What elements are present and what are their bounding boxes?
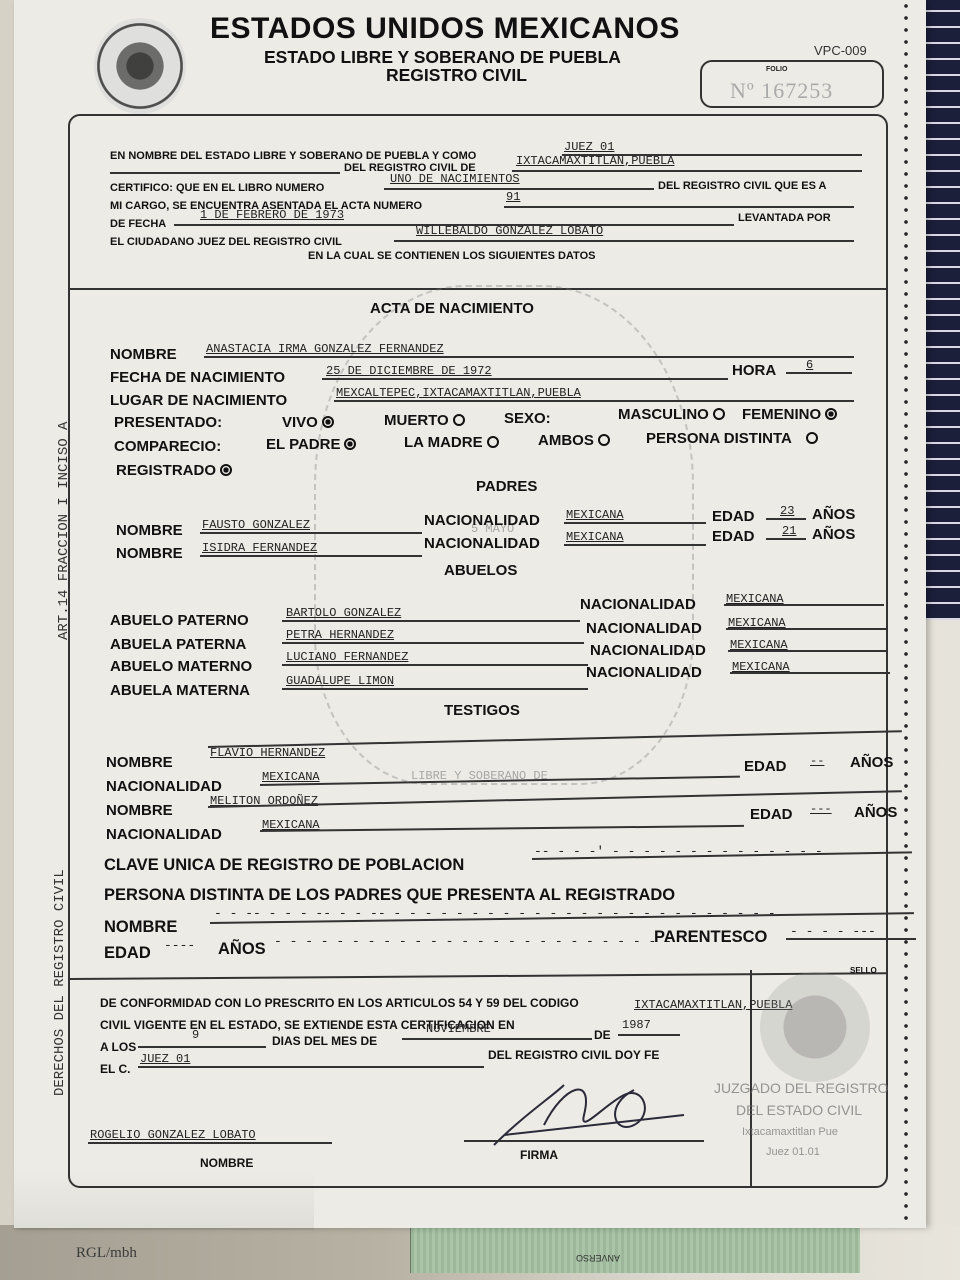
registrado-radio[interactable] bbox=[220, 464, 232, 476]
doyfe-label: DEL REGISTRO CIVIL DOY FE bbox=[488, 1048, 659, 1062]
elc-label: EL C. bbox=[100, 1062, 130, 1076]
abuela-paterna-nombre: PETRA HERNANDEZ bbox=[286, 628, 394, 642]
footer-line1: DE CONFORMIDAD CON LO PRESCRITO EN LOS A… bbox=[100, 996, 579, 1010]
nombre-label: NOMBRE bbox=[110, 346, 177, 363]
abuelo-paterno-nac-label: NACIONALIDAD bbox=[580, 596, 696, 613]
abuelo-paterno-nombre: BARTOLO GONZALEZ bbox=[286, 606, 401, 620]
footer-day: 9 bbox=[192, 1028, 199, 1042]
testigo1-nacionalidad-label: NACIONALIDAD bbox=[106, 778, 222, 795]
abuelo-materno-nac-label: NACIONALIDAD bbox=[590, 642, 706, 659]
madre-edad-label: EDAD bbox=[712, 528, 755, 545]
muerto-option[interactable]: MUERTO bbox=[384, 412, 465, 429]
sexo-label: SEXO: bbox=[504, 410, 551, 427]
vivo-radio[interactable] bbox=[322, 416, 334, 428]
cert-date-value: 1 DE FEBRERO DE 1973 bbox=[200, 208, 344, 222]
hora-label: HORA bbox=[732, 362, 776, 379]
muerto-radio[interactable] bbox=[453, 414, 465, 426]
de-label: DE bbox=[594, 1028, 611, 1042]
testigo1-nombre: FLAVIO HERNANDEZ bbox=[210, 746, 325, 760]
testigo2-nombre-label: NOMBRE bbox=[106, 802, 173, 819]
madre-label: LA MADRE bbox=[404, 434, 483, 451]
cert-judge-value: WILLEBALDO GONZALEZ LOBATO bbox=[416, 224, 603, 238]
registrado-option[interactable]: REGISTRADO bbox=[116, 462, 232, 479]
padre-option[interactable]: EL PADRE bbox=[266, 436, 356, 453]
elc-value: JUEZ 01 bbox=[140, 1052, 190, 1066]
muerto-label: MUERTO bbox=[384, 412, 449, 429]
persona-edad-label: EDAD bbox=[104, 944, 151, 963]
firma-caption: FIRMA bbox=[520, 1148, 558, 1162]
distinta-option[interactable]: PERSONA DISTINTA bbox=[646, 430, 818, 447]
testigo1-nombre-label: NOMBRE bbox=[106, 754, 173, 771]
folio-label: FOLIO bbox=[766, 66, 787, 73]
form-code: VPC-009 bbox=[814, 43, 867, 58]
birth-hour: 6 bbox=[806, 358, 813, 372]
abuelo-materno-nombre: LUCIANO FERNANDEZ bbox=[286, 650, 408, 664]
testigo2-edad-label: EDAD bbox=[750, 806, 793, 823]
dias-label: DIAS DEL MES DE bbox=[272, 1034, 377, 1048]
side-text-upper: ART.14 FRACCION I INCISO A bbox=[56, 422, 72, 640]
masculino-option[interactable]: MASCULINO bbox=[618, 406, 725, 423]
abuela-materna-nombre: GUADALUPE LIMON bbox=[286, 674, 394, 688]
country-title: ESTADOS UNIDOS MEXICANOS bbox=[210, 12, 680, 46]
initials-text: RGL/mbh bbox=[76, 1245, 137, 1262]
birth-certificate-sheet: ESTADOS UNIDOS MEXICANOS ESTADO LIBRE Y … bbox=[14, 0, 926, 1228]
femenino-label: FEMENINO bbox=[742, 406, 821, 423]
vivo-label: VIVO bbox=[282, 414, 318, 431]
folio-box: FOLIO Nº 167253 bbox=[700, 60, 884, 108]
ambos-radio[interactable] bbox=[598, 434, 610, 446]
footer-month: NOVIEMBRE bbox=[426, 1022, 491, 1036]
green-form-strip: ANVERSO bbox=[410, 1227, 860, 1273]
a-los-label: A LOS bbox=[100, 1040, 136, 1054]
office-title: REGISTRO CIVIL bbox=[386, 65, 527, 86]
sello-label: SELLO bbox=[850, 966, 877, 975]
abuela-paterna-nac-label: NACIONALIDAD bbox=[586, 620, 702, 637]
abuelos-title: ABUELOS bbox=[444, 562, 517, 579]
fecha-label: FECHA DE NACIMIENTO bbox=[110, 369, 285, 386]
testigo1-anos-label: AÑOS bbox=[850, 754, 893, 771]
padre-nombre: FAUSTO GONZALEZ bbox=[202, 518, 310, 532]
femenino-radio[interactable] bbox=[825, 408, 837, 420]
madre-nombre-label: NOMBRE bbox=[116, 545, 183, 562]
abuelo-paterno-label: ABUELO PATERNO bbox=[110, 612, 249, 629]
lugar-label: LUGAR DE NACIMIENTO bbox=[110, 392, 287, 409]
stamp-line3: Ixtacamaxtitlan Pue bbox=[742, 1126, 838, 1138]
birth-place: MEXCALTEPEC,IXTACAMAXTITLAN,PUEBLA bbox=[336, 386, 581, 400]
side-text-lower: DERECHOS DEL REGISTRO CIVIL bbox=[52, 869, 68, 1096]
padres-title: PADRES bbox=[476, 478, 537, 495]
cert-book-value: UNO DE NACIMIENTOS bbox=[390, 172, 520, 186]
cert-line6-label: EL CIUDADANO JUEZ DEL REGISTRO CIVIL bbox=[110, 236, 342, 248]
registrado-label: REGISTRADO bbox=[116, 462, 216, 479]
padre-label: EL PADRE bbox=[266, 436, 340, 453]
cert-acta-number: 91 bbox=[506, 190, 520, 204]
parentesco-label: PARENTESCO bbox=[654, 928, 767, 947]
madre-anos-label: AÑOS bbox=[812, 526, 855, 543]
abuela-paterna-label: ABUELA PATERNA bbox=[110, 636, 246, 653]
birth-date: 25 DE DICIEMBRE DE 1972 bbox=[326, 364, 492, 378]
persona-edad: ---- bbox=[164, 938, 195, 953]
acta-title: ACTA DE NACIMIENTO bbox=[370, 300, 534, 317]
nombre-caption: NOMBRE bbox=[200, 1156, 253, 1170]
cert-line5-suffix: LEVANTADA POR bbox=[738, 212, 831, 224]
coat-of-arms-seal-icon bbox=[94, 18, 186, 114]
parentesco-value: - - - - --- bbox=[790, 924, 876, 939]
persona-anos-label: AÑOS bbox=[218, 940, 266, 959]
folio-number: Nº 167253 bbox=[730, 78, 833, 104]
signer-name: ROGELIO GONZALEZ LOBATO bbox=[90, 1128, 256, 1142]
testigos-title: TESTIGOS bbox=[444, 702, 520, 719]
abuela-materna-nac-label: NACIONALIDAD bbox=[586, 664, 702, 681]
persona-anos-fill: - - - - - - - - - - - - - - - - - - - - … bbox=[274, 934, 672, 949]
padre-anos-label: AÑOS bbox=[812, 506, 855, 523]
official-seal-stamp-icon bbox=[760, 972, 870, 1082]
testigo1-nacionalidad: MEXICANA bbox=[262, 770, 320, 784]
distinta-label: PERSONA DISTINTA bbox=[646, 430, 792, 447]
stamp-line1: JUZGADO DEL REGISTRO bbox=[714, 1080, 889, 1096]
cert-municipality-value: IXTACAMAXTITLAN,PUEBLA bbox=[516, 154, 674, 168]
masculino-radio[interactable] bbox=[713, 408, 725, 420]
masculino-label: MASCULINO bbox=[618, 406, 709, 423]
padre-edad: 23 bbox=[780, 504, 794, 518]
footer-year: 1987 bbox=[622, 1018, 651, 1032]
hand-shadow bbox=[14, 1170, 314, 1230]
cert-line5-label: DE FECHA bbox=[110, 218, 166, 230]
cert-line3-label: CERTIFICO: QUE EN EL LIBRO NUMERO bbox=[110, 182, 324, 194]
cert-line3-suffix: DEL REGISTRO CIVIL QUE ES A bbox=[658, 180, 827, 192]
padre-radio[interactable] bbox=[344, 438, 356, 450]
testigo2-anos-label: AÑOS bbox=[854, 804, 897, 821]
stamp-line2: DEL ESTADO CIVIL bbox=[736, 1102, 862, 1118]
testigo1-edad-label: EDAD bbox=[744, 758, 787, 775]
ambos-label: AMBOS bbox=[538, 432, 594, 449]
madre-nacionalidad-label: NACIONALIDAD bbox=[424, 535, 540, 552]
reverse-label: ANVERSO bbox=[576, 1253, 620, 1263]
abuela-materna-label: ABUELA MATERNA bbox=[110, 682, 250, 699]
madre-radio[interactable] bbox=[487, 436, 499, 448]
padre-nacionalidad-label: NACIONALIDAD bbox=[424, 512, 540, 529]
padre-nombre-label: NOMBRE bbox=[116, 522, 183, 539]
padre-edad-label: EDAD bbox=[712, 508, 755, 525]
cert-juez-value: JUEZ 01 bbox=[564, 140, 614, 154]
madre-edad: 21 bbox=[782, 524, 796, 538]
curp-label: CLAVE UNICA DE REGISTRO DE POBLACION bbox=[104, 856, 464, 875]
cert-line1-label: EN NOMBRE DEL ESTADO LIBRE Y SOBERANO DE… bbox=[110, 150, 476, 162]
underlying-sheet: RGL/mbh ANVERSO bbox=[0, 1225, 960, 1280]
signature-icon bbox=[484, 1075, 704, 1155]
vivo-option[interactable]: VIVO bbox=[282, 414, 334, 431]
femenino-option[interactable]: FEMENINO bbox=[742, 406, 837, 423]
abuelo-materno-label: ABUELO MATERNO bbox=[110, 658, 252, 675]
stamp-line4: Juez 01.01 bbox=[766, 1146, 820, 1158]
comparecio-label: COMPARECIO: bbox=[114, 438, 221, 455]
testigo1-edad: -- bbox=[810, 754, 824, 768]
testigo2-nacionalidad-label: NACIONALIDAD bbox=[106, 826, 222, 843]
madre-nombre: ISIDRA FERNANDEZ bbox=[202, 541, 317, 555]
presentado-label: PRESENTADO: bbox=[114, 414, 222, 431]
persona-nombre-label: NOMBRE bbox=[104, 918, 177, 937]
persona-distinta-title: PERSONA DISTINTA DE LOS PADRES QUE PRESE… bbox=[104, 886, 675, 905]
cert-line7: EN LA CUAL SE CONTIENEN LOS SIGUIENTES D… bbox=[308, 250, 595, 262]
padre-nacionalidad: MEXICANA bbox=[566, 508, 624, 522]
testigo2-edad: --- bbox=[810, 802, 832, 816]
madre-nacionalidad: MEXICANA bbox=[566, 530, 624, 544]
ambos-option[interactable]: AMBOS bbox=[538, 432, 610, 449]
distinta-radio[interactable] bbox=[806, 432, 818, 444]
madre-option[interactable]: LA MADRE bbox=[404, 434, 499, 451]
registrant-name: ANASTACIA IRMA GONZALEZ FERNANDEZ bbox=[206, 342, 444, 356]
side-divider bbox=[68, 640, 70, 760]
